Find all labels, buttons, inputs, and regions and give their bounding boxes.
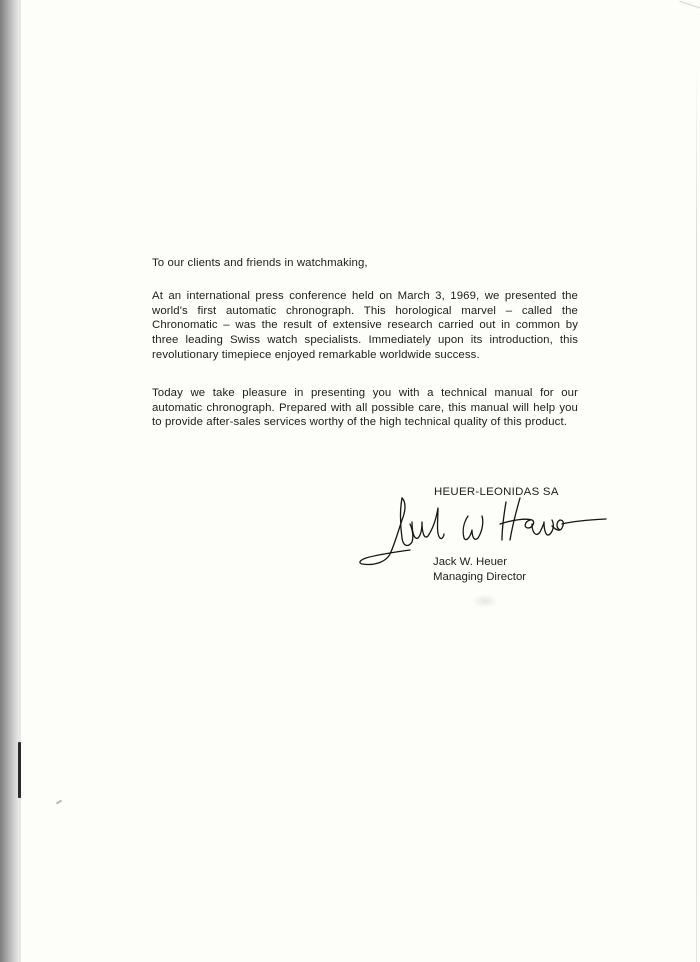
signer-name: Jack W. Heuer [433,556,507,568]
binding-mark [18,742,21,798]
salutation: To our clients and friends in watchmakin… [152,256,578,271]
letter-body: To our clients and friends in watchmakin… [152,256,578,453]
scanned-page-right-edge [696,60,697,962]
page-corner-fold [677,1,700,14]
paper-speck [56,800,62,805]
scanned-page-left-edge [0,0,20,962]
faint-mark [472,594,498,608]
paragraph-manual: Today we take pleasure in presenting you… [152,386,578,430]
signer-title: Managing Director [433,571,526,583]
paragraph-introduction: At an international press conference hel… [152,289,578,363]
